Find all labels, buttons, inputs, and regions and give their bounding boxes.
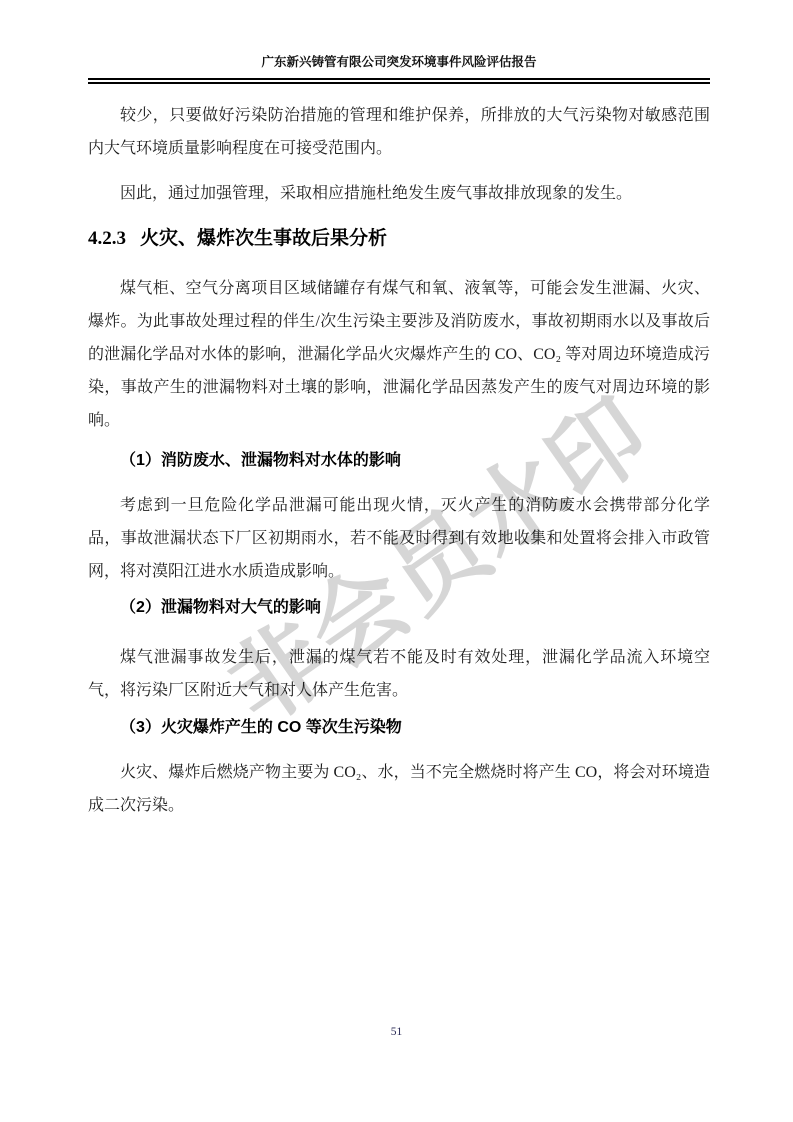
paragraph-intro-2: 因此，通过加强管理，采取相应措施杜绝发生废气事故排放现象的发生。 bbox=[88, 177, 710, 210]
page-content: 广东新兴铸管有限公司突发环境事件风险评估报告 较少，只要做好污染防治措施的管理和… bbox=[88, 0, 710, 822]
page-footer: 51 bbox=[0, 1022, 793, 1040]
subsection-paragraph-2: 煤气泄漏事故发生后，泄漏的煤气若不能及时有效处理，泄漏化学品流入环境空气，将污染… bbox=[88, 641, 710, 707]
document-page: 非会员水印 广东新兴铸管有限公司突发环境事件风险评估报告 较少，只要做好污染防治… bbox=[0, 0, 793, 1122]
subsection-heading-2: （2）泄漏物料对大气的影响 bbox=[88, 593, 710, 623]
section-number: 4.2.3 bbox=[88, 228, 126, 249]
section-title: 火灾、爆炸次生事故后果分析 bbox=[140, 228, 387, 249]
paragraph-intro-1: 较少，只要做好污染防治措施的管理和维护保养，所排放的大气污染物对敏感范围内大气环… bbox=[88, 99, 710, 165]
paragraph-overview: 煤气柜、空气分离项目区域储罐存有煤气和氧、液氧等，可能会发生泄漏、火灾、爆炸。为… bbox=[88, 272, 710, 437]
page-number: 51 bbox=[391, 1026, 403, 1038]
subsection-heading-3: （3）火灾爆炸产生的 CO 等次生污染物 bbox=[88, 713, 710, 743]
subsection-paragraph-1: 考虑到一旦危险化学品泄漏可能出现火情，灭火产生的消防废水会携带部分化学品，事故泄… bbox=[88, 489, 710, 588]
subsection-heading-1: （1）消防废水、泄漏物料对水体的影响 bbox=[88, 446, 710, 476]
header-double-rule bbox=[88, 78, 710, 84]
page-header: 广东新兴铸管有限公司突发环境事件风险评估报告 bbox=[88, 0, 710, 84]
section-heading-4-2-3: 4.2.3火灾、爆炸次生事故后果分析 bbox=[88, 226, 710, 252]
header-title: 广东新兴铸管有限公司突发环境事件风险评估报告 bbox=[88, 54, 710, 70]
subsection-paragraph-3: 火灾、爆炸后燃烧产物主要为 CO₂、水，当不完全燃烧时将产生 CO，将会对环境造… bbox=[88, 756, 710, 822]
